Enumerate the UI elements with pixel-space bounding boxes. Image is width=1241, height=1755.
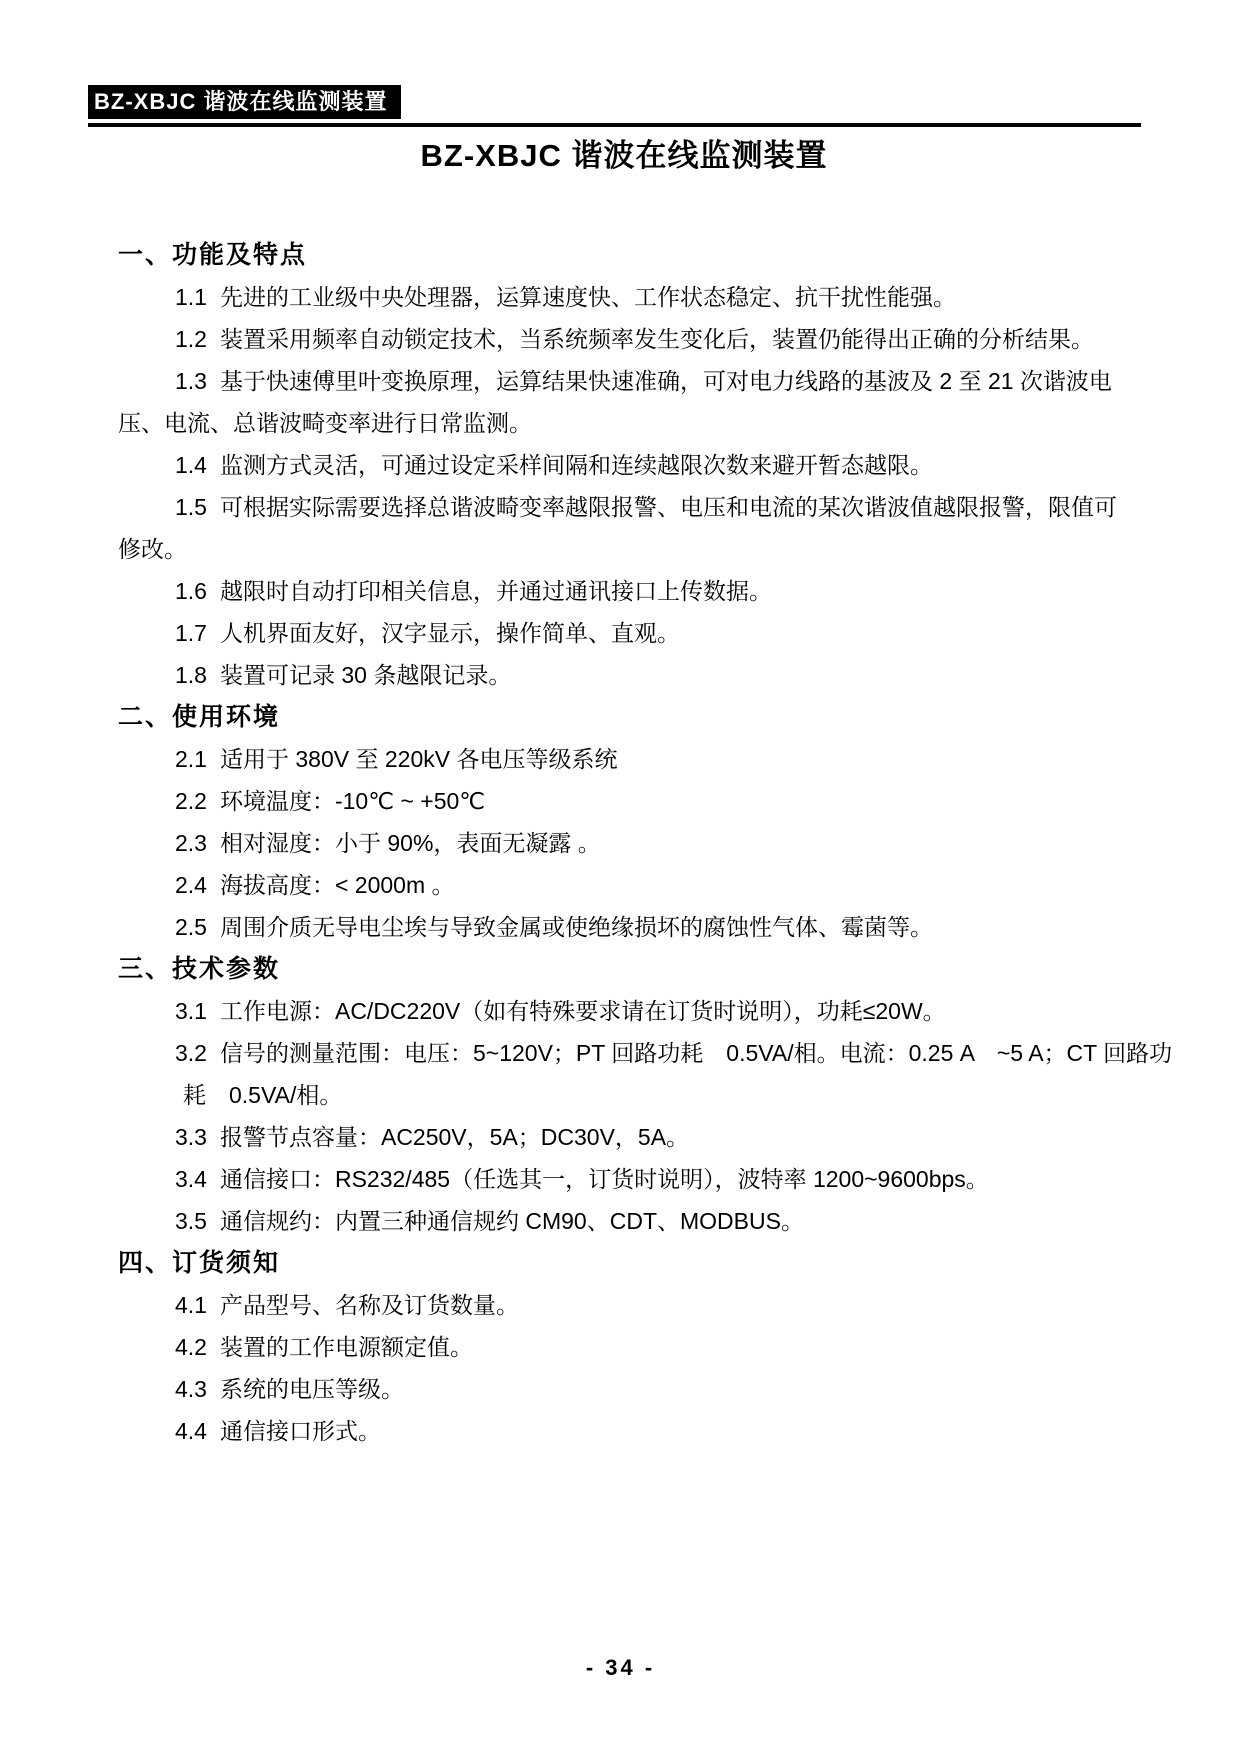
item-number: 3.3 <box>175 1124 207 1150</box>
list-item: 4.2装置的工作电源额定值。 <box>118 1326 1130 1368</box>
item-text: 人机界面友好，汉字显示，操作简单、直观。 <box>220 620 680 646</box>
list-item: 1.2装置采用频率自动锁定技术，当系统频率发生变化后，装置仍能得出正确的分析结果… <box>118 318 1130 360</box>
item-number: 1.4 <box>175 452 207 478</box>
item-number: 3.1 <box>175 998 207 1024</box>
document-page: BZ-XBJC 谐波在线监测装置 BZ-XBJC 谐波在线监测装置 一、功能及特… <box>0 0 1241 1755</box>
item-text: 通信规约：内置三种通信规约 CM90、CDT、MODBUS。 <box>220 1208 804 1234</box>
item-number: 1.3 <box>175 368 207 394</box>
item-number: 1.5 <box>175 494 207 520</box>
list-item-continuation: 耗 0.5VA/相。 <box>118 1074 1130 1116</box>
list-item: 1.3基于快速傅里叶变换原理，运算结果快速准确，可对电力线路的基波及 2 至 2… <box>118 360 1130 444</box>
list-item: 4.4通信接口形式。 <box>118 1410 1130 1452</box>
item-text: 通信接口：RS232/485（任选其一，订货时说明），波特率 1200~9600… <box>220 1166 989 1192</box>
item-text: 报警节点容量：AC250V，5A；DC30V，5A。 <box>220 1124 689 1150</box>
list-item: 3.2信号的测量范围：电压：5~120V；PT 回路功耗 0.5VA/相。电流：… <box>118 1032 1130 1074</box>
list-item: 3.1工作电源：AC/DC220V（如有特殊要求请在订货时说明），功耗≤20W。 <box>118 990 1130 1032</box>
list-item: 1.1先进的工业级中央处理器，运算速度快、工作状态稳定、抗干扰性能强。 <box>118 276 1130 318</box>
list-item: 1.8装置可记录 30 条越限记录。 <box>118 654 1130 696</box>
list-item: 2.1适用于 380V 至 220kV 各电压等级系统 <box>118 738 1130 780</box>
list-item: 3.4通信接口：RS232/485（任选其一，订货时说明），波特率 1200~9… <box>118 1158 1130 1200</box>
list-item: 1.7人机界面友好，汉字显示，操作简单、直观。 <box>118 612 1130 654</box>
item-number: 2.3 <box>175 830 207 856</box>
item-text: 海拔高度：< 2000m 。 <box>220 872 455 898</box>
section-heading-2: 二、使用环境 <box>118 696 1130 738</box>
item-number: 1.2 <box>175 326 207 352</box>
item-text: 环境温度：-10℃ ~ +50℃ <box>220 788 485 814</box>
item-number: 2.5 <box>175 914 207 940</box>
item-text: 适用于 380V 至 220kV 各电压等级系统 <box>220 746 618 772</box>
list-item: 3.3报警节点容量：AC250V，5A；DC30V，5A。 <box>118 1116 1130 1158</box>
item-number: 3.4 <box>175 1166 207 1192</box>
item-text: 系统的电压等级。 <box>220 1376 404 1402</box>
item-text: 相对湿度：小于 90%，表面无凝露 。 <box>220 830 601 856</box>
item-number: 4.1 <box>175 1292 207 1318</box>
item-text: 越限时自动打印相关信息，并通过通讯接口上传数据。 <box>220 578 772 604</box>
item-text: 监测方式灵活，可通过设定采样间隔和连续越限次数来避开暂态越限。 <box>220 452 933 478</box>
item-text: 周围介质无导电尘埃与导致金属或使绝缘损坏的腐蚀性气体、霉菌等。 <box>220 914 933 940</box>
list-item: 2.2环境温度：-10℃ ~ +50℃ <box>118 780 1130 822</box>
list-item: 3.5通信规约：内置三种通信规约 CM90、CDT、MODBUS。 <box>118 1200 1130 1242</box>
item-text: 通信接口形式。 <box>220 1418 381 1444</box>
item-number: 2.2 <box>175 788 207 814</box>
list-item: 2.3相对湿度：小于 90%，表面无凝露 。 <box>118 822 1130 864</box>
item-number: 1.6 <box>175 578 207 604</box>
list-item: 2.4海拔高度：< 2000m 。 <box>118 864 1130 906</box>
list-item: 4.3系统的电压等级。 <box>118 1368 1130 1410</box>
item-text: 工作电源：AC/DC220V（如有特殊要求请在订货时说明），功耗≤20W。 <box>220 998 946 1024</box>
item-text: 信号的测量范围：电压：5~120V；PT 回路功耗 0.5VA/相。电流：0.2… <box>220 1040 1172 1066</box>
section-heading-1: 一、功能及特点 <box>118 234 1130 276</box>
item-text: 装置采用频率自动锁定技术，当系统频率发生变化后，装置仍能得出正确的分析结果。 <box>220 326 1094 352</box>
item-number: 4.4 <box>175 1418 207 1444</box>
item-number: 3.5 <box>175 1208 207 1234</box>
page-title: BZ-XBJC 谐波在线监测装置 <box>118 130 1130 175</box>
list-item: 1.5可根据实际需要选择总谐波畸变率越限报警、电压和电流的某次谐波值越限报警，限… <box>118 486 1130 570</box>
page-footer: - 34 - <box>0 1655 1241 1681</box>
item-text: 可根据实际需要选择总谐波畸变率越限报警、电压和电流的某次谐波值越限报警，限值可修… <box>118 494 1117 562</box>
list-item: 2.5周围介质无导电尘埃与导致金属或使绝缘损坏的腐蚀性气体、霉菌等。 <box>118 906 1130 948</box>
item-text: 装置的工作电源额定值。 <box>220 1334 473 1360</box>
item-number: 4.2 <box>175 1334 207 1360</box>
item-number: 2.1 <box>175 746 207 772</box>
item-text: 装置可记录 30 条越限记录。 <box>220 662 511 688</box>
list-item: 4.1产品型号、名称及订货数量。 <box>118 1284 1130 1326</box>
page-header: BZ-XBJC 谐波在线监测装置 <box>88 85 1141 127</box>
section-heading-4: 四、订货须知 <box>118 1242 1130 1284</box>
item-number: 3.2 <box>175 1040 207 1066</box>
list-item: 1.4监测方式灵活，可通过设定采样间隔和连续越限次数来避开暂态越限。 <box>118 444 1130 486</box>
item-number: 1.1 <box>175 284 207 310</box>
header-badge: BZ-XBJC 谐波在线监测装置 <box>88 85 401 119</box>
section-heading-3: 三、技术参数 <box>118 948 1130 990</box>
item-text: 先进的工业级中央处理器，运算速度快、工作状态稳定、抗干扰性能强。 <box>220 284 956 310</box>
item-text: 产品型号、名称及订货数量。 <box>220 1292 519 1318</box>
item-text: 基于快速傅里叶变换原理，运算结果快速准确，可对电力线路的基波及 2 至 21 次… <box>118 368 1112 436</box>
item-number: 1.7 <box>175 620 207 646</box>
item-number: 4.3 <box>175 1376 207 1402</box>
list-item: 1.6越限时自动打印相关信息，并通过通讯接口上传数据。 <box>118 570 1130 612</box>
item-number: 2.4 <box>175 872 207 898</box>
item-number: 1.8 <box>175 662 207 688</box>
document-body: 一、功能及特点 1.1先进的工业级中央处理器，运算速度快、工作状态稳定、抗干扰性… <box>118 234 1130 1452</box>
